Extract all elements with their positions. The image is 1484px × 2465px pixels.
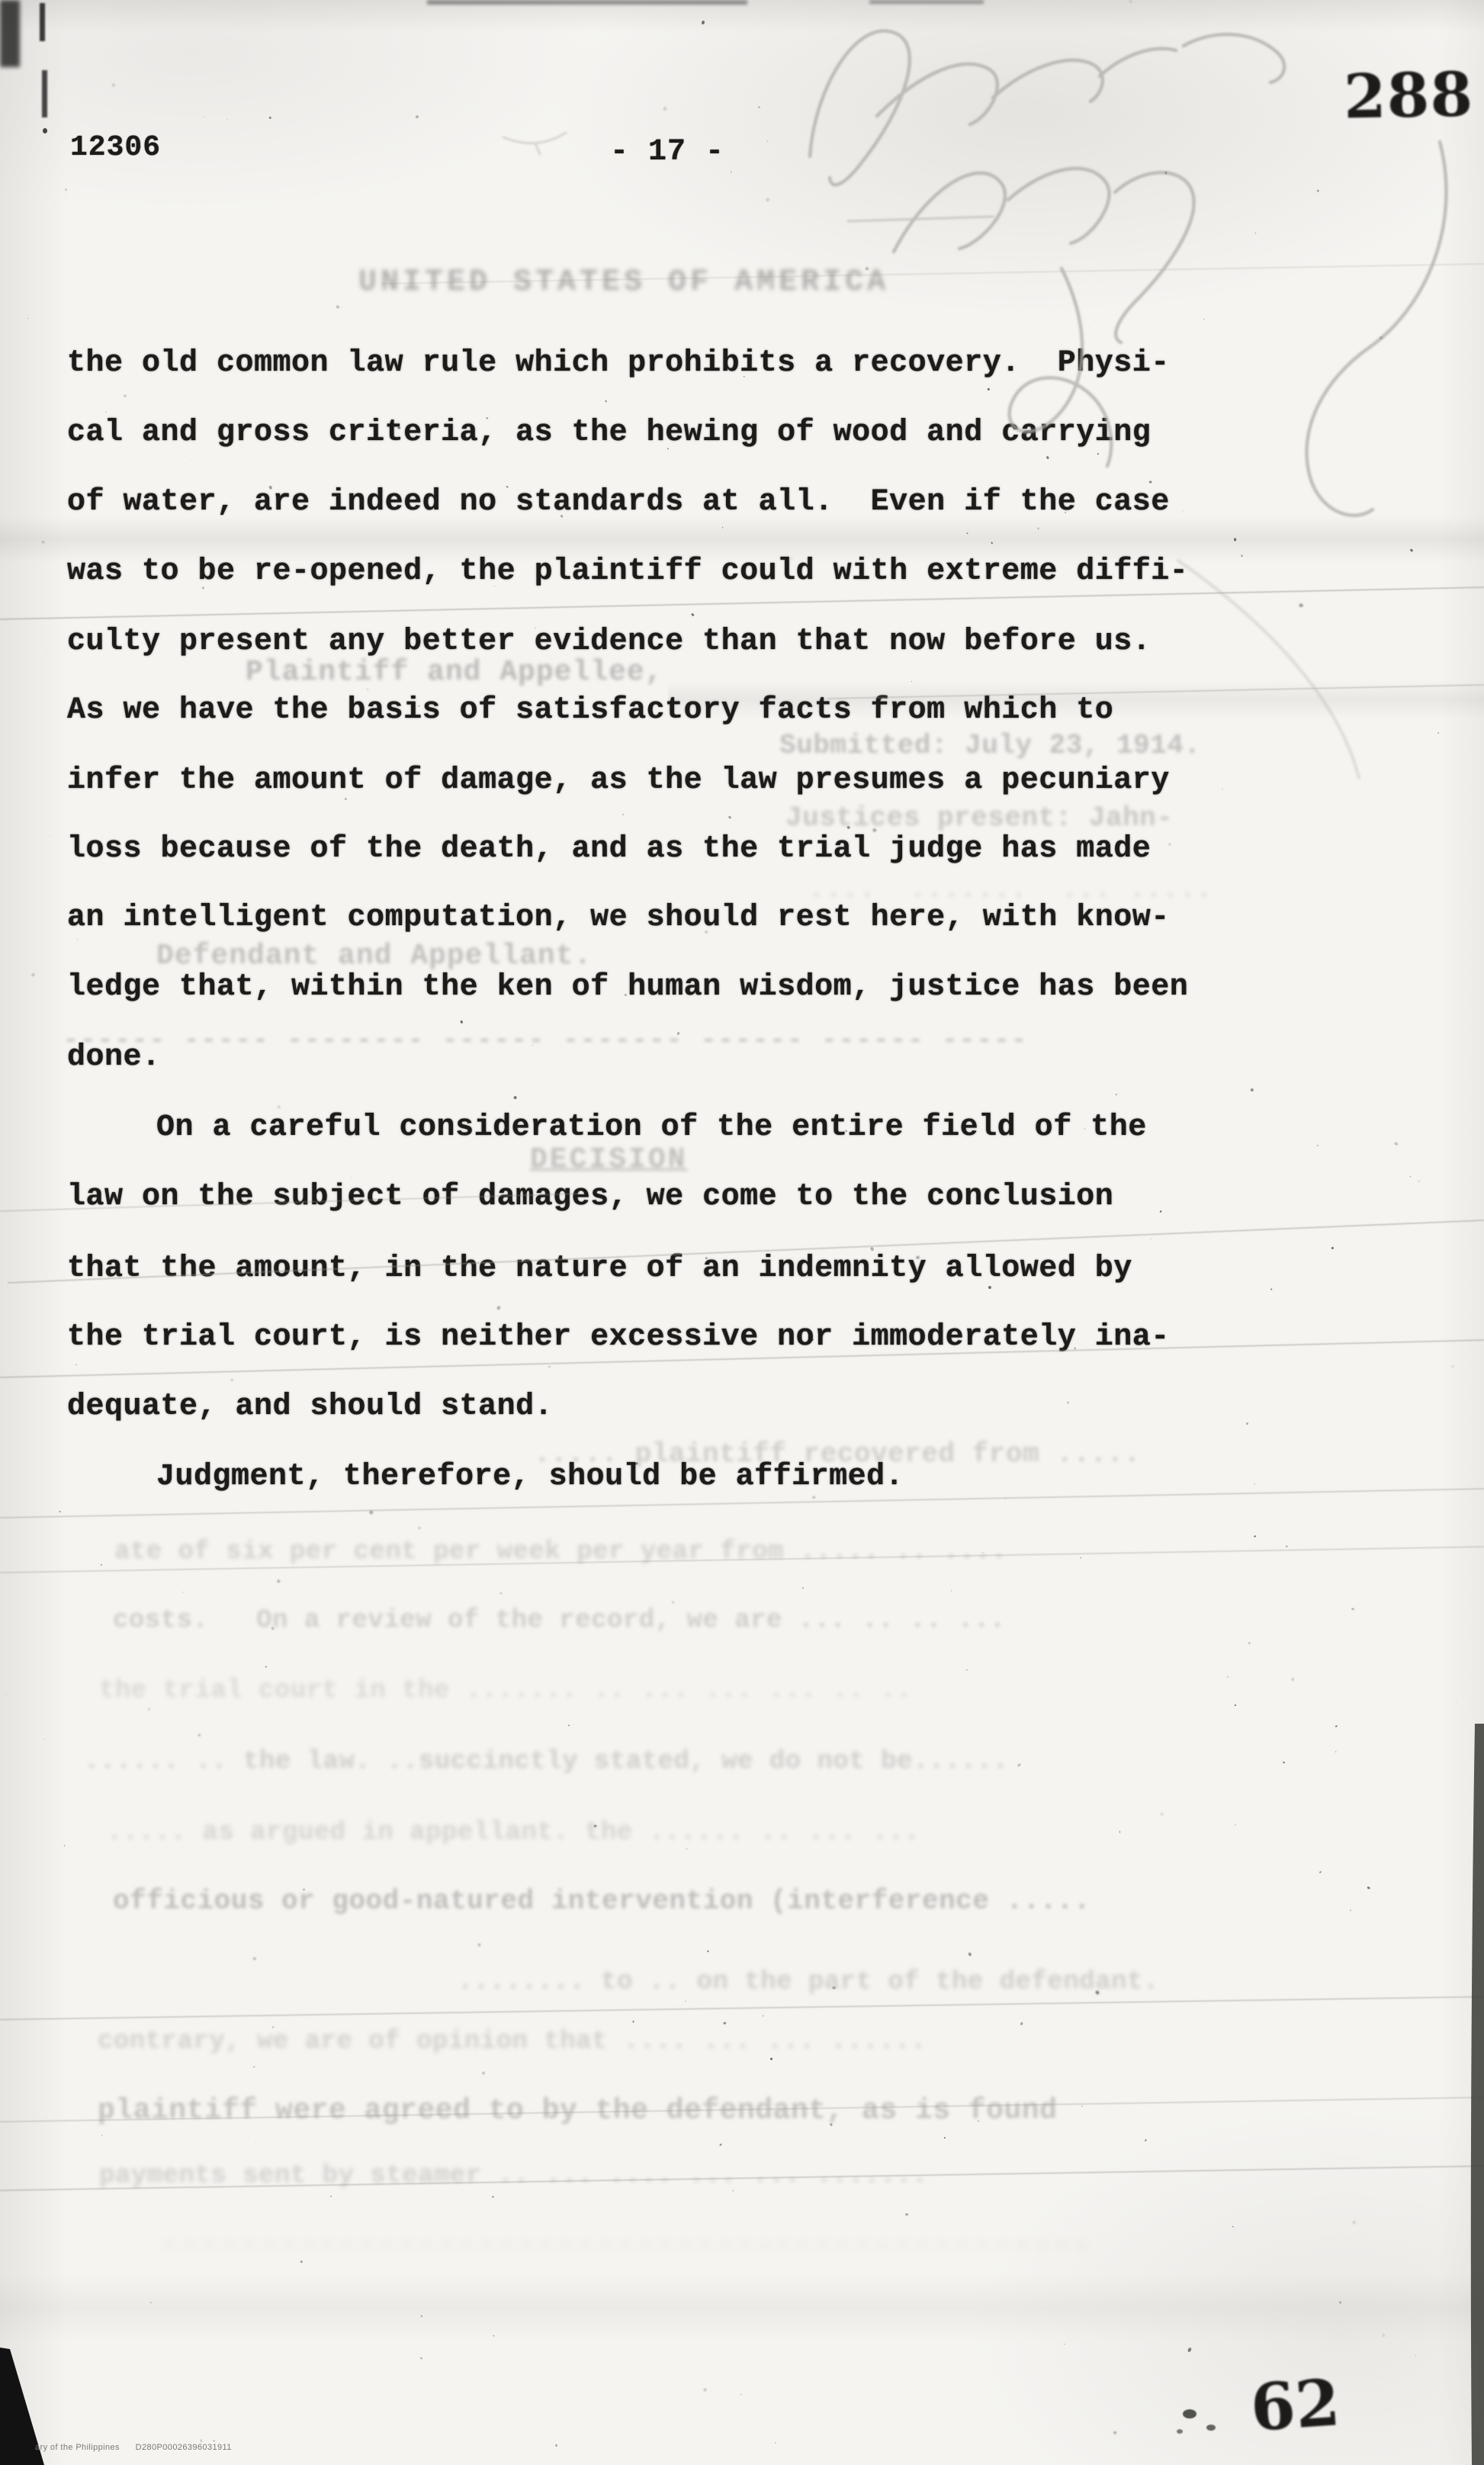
noise-speck xyxy=(499,1592,503,1595)
noise-speck xyxy=(1087,326,1089,328)
noise-speck xyxy=(1317,190,1319,192)
noise-speck xyxy=(1046,455,1049,459)
noise-speck xyxy=(766,198,770,202)
ghost-bleed-line: ----------------------------------------… xyxy=(160,2229,1092,2263)
noise-speck xyxy=(1282,1761,1285,1764)
noise-speck xyxy=(226,118,228,121)
noise-speck xyxy=(198,1734,200,1736)
scanned-document-page: 12306 - 17 - 288 62 UNITED STATES OF AME… xyxy=(0,0,1484,2465)
noise-speck xyxy=(513,1095,517,1099)
ghost-bleed-line: contrary, we are of opinion that .... ..… xyxy=(98,2027,927,2056)
noise-speck xyxy=(567,1724,570,1726)
noise-speck xyxy=(672,1601,675,1604)
noise-speck xyxy=(723,2022,726,2025)
noise-speck xyxy=(966,532,968,535)
noise-speck xyxy=(1187,2348,1192,2353)
noise-speck xyxy=(870,1246,874,1251)
noise-speck xyxy=(255,2142,256,2143)
noise-speck xyxy=(123,394,126,398)
noise-speck xyxy=(336,305,340,310)
noise-speck xyxy=(1067,1402,1069,1404)
noise-speck xyxy=(59,1510,62,1512)
noise-speck xyxy=(1203,319,1205,320)
ghost-bleed-line: ------ ----- -------- ------ ------- ---… xyxy=(63,1024,1028,1056)
noise-speck xyxy=(1381,2377,1383,2379)
noise-speck xyxy=(1235,1704,1236,1705)
noise-speck xyxy=(1437,732,1440,734)
noise-speck xyxy=(548,1365,551,1368)
noise-speck xyxy=(419,1528,421,1530)
noise-speck xyxy=(685,2001,687,2003)
typed-line: infer the amount of damage, as the law p… xyxy=(67,764,1170,798)
noise-speck xyxy=(1248,1642,1251,1644)
noise-speck xyxy=(767,140,768,141)
scan-edge-shadow-right xyxy=(1471,1724,1484,2465)
ghost-bleed-line: ..... as argued in appellant. the ......… xyxy=(107,1818,920,1847)
typed-line: culty present any better evidence than t… xyxy=(67,625,1151,659)
noise-speck xyxy=(1317,1145,1319,1147)
microfilm-footer-text: ary of the Philippines D280P000263960319… xyxy=(35,2443,232,2452)
folio-stamp-62: 62 xyxy=(1248,2364,1343,2446)
noise-speck xyxy=(1037,527,1039,530)
noise-speck xyxy=(719,2143,722,2146)
noise-speck xyxy=(1241,554,1243,558)
ghost-bleed-line: Defendant and Appellant. xyxy=(156,940,592,972)
scan-edge-smudge xyxy=(869,0,984,4)
scan-mark xyxy=(43,128,47,133)
typed-line: As we have the basis of satisfactory fac… xyxy=(67,694,1113,728)
scan-corner-shadow-topleft xyxy=(0,0,20,67)
noise-speck xyxy=(1116,1093,1117,1094)
noise-speck xyxy=(27,318,29,320)
noise-speck xyxy=(1456,1702,1457,1702)
ghost-bleed-line: DECISION xyxy=(530,1143,687,1176)
noise-speck xyxy=(421,2315,422,2317)
typed-line: of water, are indeed no standards at all… xyxy=(67,486,1170,519)
noise-speck xyxy=(111,84,114,87)
typed-line: done. xyxy=(67,1041,161,1075)
noise-speck xyxy=(991,542,994,545)
noise-speck xyxy=(278,1580,280,1583)
noise-speck xyxy=(415,115,419,120)
noise-speck xyxy=(722,526,723,528)
noise-speck xyxy=(1335,1751,1336,1753)
ghost-bleed-line: costs. On a review of the record, we are… xyxy=(113,1606,1006,1635)
noise-speck xyxy=(214,2441,215,2442)
noise-speck xyxy=(230,1379,233,1381)
noise-speck xyxy=(43,1739,45,1740)
noise-speck xyxy=(1385,991,1386,993)
noise-speck xyxy=(1331,1246,1334,1249)
noise-speck xyxy=(633,2020,634,2023)
noise-speck xyxy=(1254,1482,1255,1484)
noise-speck xyxy=(351,1178,352,1179)
scan-mark xyxy=(42,70,47,117)
noise-speck xyxy=(75,1364,78,1367)
noise-speck xyxy=(493,2335,495,2337)
noise-speck xyxy=(1351,1608,1355,1612)
typed-line: cal and gross criteria, as the hewing of… xyxy=(67,416,1151,450)
noise-speck xyxy=(265,1666,267,1667)
noise-speck xyxy=(728,816,731,820)
noise-speck xyxy=(1150,1239,1152,1240)
ghost-bleed-line: payments sent by steamer .. ... .... ...… xyxy=(99,2161,928,2190)
noise-speck xyxy=(731,172,731,173)
noise-speck xyxy=(419,2357,422,2360)
noise-speck xyxy=(204,117,204,118)
noise-speck xyxy=(966,1669,968,1670)
noise-speck xyxy=(1253,1535,1256,1537)
folio-stamp-288: 288 xyxy=(1343,59,1474,133)
noise-speck xyxy=(1246,1422,1249,1425)
noise-speck xyxy=(1270,1289,1273,1290)
noise-speck xyxy=(555,2444,557,2447)
noise-speck xyxy=(66,189,67,191)
noise-speck xyxy=(253,2066,255,2068)
noise-speck xyxy=(911,681,912,682)
noise-speck xyxy=(770,2058,773,2061)
noise-speck xyxy=(1367,1886,1370,1890)
noise-speck xyxy=(1148,480,1152,483)
ghost-bleed-line: ate of six per cent per week per year fr… xyxy=(114,1538,1007,1567)
noise-speck xyxy=(1383,2335,1384,2337)
noise-speck xyxy=(604,400,606,403)
noise-speck xyxy=(492,2196,494,2198)
noise-speck xyxy=(77,939,78,940)
noise-speck xyxy=(1299,603,1303,606)
scan-mark xyxy=(40,3,45,41)
ghost-bleed-line: officious or good-natured intervention (… xyxy=(113,1885,1091,1917)
noise-speck xyxy=(190,460,191,461)
noise-speck xyxy=(704,2389,707,2391)
noise-speck xyxy=(1160,1813,1164,1817)
ghost-bleed-line: plaintiff were agreed to by the defendan… xyxy=(98,2094,1057,2127)
noise-speck xyxy=(1119,1830,1120,1833)
noise-speck xyxy=(758,106,761,109)
noise-speck xyxy=(967,1952,972,1957)
noise-speck xyxy=(1169,843,1171,844)
noise-speck xyxy=(31,972,35,976)
noise-speck xyxy=(1097,453,1099,455)
noise-speck xyxy=(1319,1871,1322,1873)
noise-speck xyxy=(1351,1910,1351,1911)
noise-speck xyxy=(43,542,44,543)
noise-speck xyxy=(1080,1557,1081,1559)
noise-speck xyxy=(1410,548,1414,552)
noise-speck xyxy=(740,2393,742,2396)
noise-speck xyxy=(691,612,695,616)
noise-speck xyxy=(1335,1725,1338,1728)
typed-line: was to be re-opened, the plaintiff could… xyxy=(67,555,1188,589)
noise-speck xyxy=(1380,336,1383,339)
noise-speck xyxy=(252,1957,256,1959)
noise-speck xyxy=(1285,1544,1288,1547)
noise-speck xyxy=(461,1020,464,1024)
noise-speck xyxy=(1418,1180,1420,1181)
noise-speck xyxy=(622,814,625,816)
noise-speck xyxy=(1020,2022,1023,2025)
noise-speck xyxy=(1222,788,1223,789)
noise-speck xyxy=(775,2441,776,2443)
ghost-bleed-line: Justices present: Jahn- xyxy=(785,802,1173,834)
typed-line: that the amount, in the nature of an ind… xyxy=(67,1252,1132,1286)
noise-speck xyxy=(1081,2105,1083,2107)
noise-speck xyxy=(1452,1365,1453,1367)
noise-speck xyxy=(200,2439,201,2442)
noise-speck xyxy=(1063,2344,1065,2344)
noise-speck xyxy=(329,2195,331,2197)
noise-speck xyxy=(1227,1676,1229,1678)
noise-speck xyxy=(1165,172,1168,175)
noise-speck xyxy=(951,1590,952,1592)
ghost-bleed-line: ........ to .. on the part of the defend… xyxy=(458,1968,1159,1997)
noise-speck xyxy=(1409,1176,1411,1178)
noise-speck xyxy=(5,1695,7,1695)
noise-speck xyxy=(944,2137,946,2139)
noise-speck xyxy=(1113,2431,1116,2433)
noise-speck xyxy=(988,1285,992,1289)
noise-speck xyxy=(663,107,667,111)
typed-line: loss because of the death, and as the tr… xyxy=(67,833,1151,866)
noise-speck xyxy=(1159,1210,1162,1213)
ghost-bleed-line: UNITED STATES OF AMERICA xyxy=(358,265,889,300)
noise-speck xyxy=(1005,1497,1007,1499)
typed-line: an intelligent computation, we should re… xyxy=(67,901,1170,935)
noise-speck xyxy=(987,388,990,391)
noise-speck xyxy=(1234,538,1236,541)
noise-speck xyxy=(101,1564,102,1566)
noise-speck xyxy=(812,1496,815,1499)
noise-speck xyxy=(481,2071,485,2075)
noise-speck xyxy=(762,2015,764,2017)
noise-speck xyxy=(183,1592,185,1592)
noise-speck xyxy=(1394,1142,1399,1146)
noise-speck xyxy=(1251,1088,1254,1091)
noise-speck xyxy=(1345,574,1346,574)
noise-speck xyxy=(101,2135,103,2136)
typed-line: ledge that, within the ken of human wisd… xyxy=(67,971,1188,1004)
noise-speck xyxy=(105,411,107,413)
typed-line: On a careful consideration of the entire… xyxy=(156,1111,1147,1145)
noise-speck xyxy=(1232,2226,1234,2228)
ghost-bleed-line: Plaintiff and Appellee, xyxy=(246,656,663,689)
scan-shade-band xyxy=(0,0,1484,32)
case-number: 12306 xyxy=(70,131,161,165)
noise-speck xyxy=(269,116,272,119)
noise-speck xyxy=(1017,1763,1022,1768)
typed-line: the old common law rule which prohibits … xyxy=(67,347,1170,381)
noise-speck xyxy=(147,1708,149,1710)
noise-speck xyxy=(706,1950,709,1952)
noise-speck xyxy=(686,1848,688,1850)
noise-speck xyxy=(49,834,50,835)
noise-speck xyxy=(150,2302,152,2303)
ghost-bleed-line: ...... .. the law. ..succinctly stated, … xyxy=(84,1747,1008,1776)
noise-speck xyxy=(497,1306,500,1310)
noise-speck xyxy=(64,1845,66,1846)
ghost-bleed-line: the trial court in the ....... .. ... ..… xyxy=(99,1676,912,1705)
noise-speck xyxy=(1145,2139,1147,2142)
noise-speck xyxy=(1339,2301,1341,2303)
noise-speck xyxy=(46,654,47,656)
noise-speck xyxy=(344,798,347,801)
noise-speck xyxy=(477,1943,480,1946)
noise-speck xyxy=(1182,511,1184,513)
noise-speck xyxy=(369,1511,373,1515)
scan-shade-band xyxy=(0,2273,1484,2341)
noise-speck xyxy=(1256,233,1257,234)
typed-line: the trial court, is neither excessive no… xyxy=(67,1321,1170,1355)
noise-speck xyxy=(1353,2221,1356,2224)
ghost-bleed-line: Submitted: July 23, 1914. xyxy=(779,730,1201,761)
page-number: - 17 - xyxy=(610,136,724,169)
scan-edge-smudge xyxy=(427,0,747,5)
typed-line: law on the subject of damages, we come t… xyxy=(67,1181,1113,1214)
typed-line: Judgment, therefore, should be affirmed. xyxy=(156,1461,904,1494)
noise-speck xyxy=(1129,0,1132,4)
noise-speck xyxy=(1293,1678,1294,1680)
noise-speck xyxy=(802,1587,804,1589)
noise-speck xyxy=(278,1106,281,1110)
typed-line: dequate, and should stand. xyxy=(67,1390,553,1424)
noise-speck xyxy=(905,2213,908,2216)
noise-speck xyxy=(702,20,705,24)
noise-speck xyxy=(1415,2355,1416,2356)
noise-speck xyxy=(1235,1824,1237,1827)
